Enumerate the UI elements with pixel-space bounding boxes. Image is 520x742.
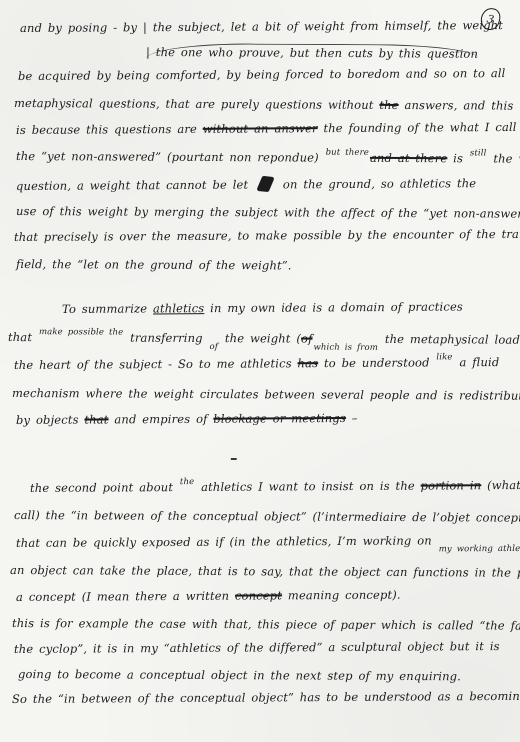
- handwriting-text: the second point about: [30, 480, 179, 495]
- crossed-out-text: the: [379, 98, 398, 112]
- crossed-out-text: has: [297, 356, 318, 370]
- line-01-insertion: | the one who prouve, but then cuts by t…: [146, 43, 478, 60]
- handwriting-text: –: [346, 411, 358, 425]
- handwriting-text: to be understood: [318, 355, 435, 370]
- line-16: call) the “in between of the conceptual …: [14, 509, 520, 524]
- crossed-out-text: that: [84, 412, 108, 426]
- handwriting-text: going to become a conceptual object in t…: [18, 667, 461, 683]
- inserted-text-below: which is from: [313, 344, 378, 354]
- handwriting-text: and empires of: [109, 412, 214, 427]
- handwriting-text: by objects: [16, 413, 85, 427]
- handwriting-text: answers, and this: [399, 98, 514, 113]
- handwriting-text: is because this questions are: [16, 122, 203, 137]
- handwriting-text: the cyclop”, it is in my “athletics of t…: [14, 639, 500, 656]
- handwriting-text: the heart of the subject - So to me athl…: [14, 356, 298, 372]
- crossed-out-text: and at there: [370, 151, 447, 165]
- crossed-out-text: portion in: [421, 478, 482, 492]
- inserted-text-below: of: [209, 343, 218, 352]
- line-23: So the “in between of the conceptual obj…: [12, 690, 520, 706]
- line-18: an object can take the place, that is to…: [10, 564, 520, 580]
- handwriting-text: To summarize: [62, 301, 153, 316]
- inserted-text-above: the: [180, 478, 194, 487]
- handwriting-text: that: [8, 330, 38, 344]
- crossed-out-text: without an answer: [203, 121, 318, 136]
- crossed-out-text: blockage or meetings: [213, 411, 346, 426]
- handwriting-text: is: [447, 151, 469, 165]
- line-17: that can be quickly exposed as if (in th…: [16, 533, 520, 550]
- crossed-out-text: concept: [235, 588, 282, 602]
- line-21: the cyclop”, it is in my “athletics of t…: [14, 640, 500, 656]
- handwriting-text: in my own idea is a domain of practices: [204, 300, 463, 316]
- handwriting-text: the metaphysical load of questioning) on…: [379, 332, 520, 348]
- line-04: is because this questions are without an…: [16, 121, 517, 137]
- line-14: by objects that and empires of blockage …: [16, 412, 358, 427]
- ink-blot: [256, 176, 275, 192]
- manuscript-page: 3 and by posing - by | the subject, let …: [0, 0, 520, 742]
- handwriting-text: –: [230, 449, 238, 467]
- handwriting-text: transferring: [124, 331, 208, 345]
- line-08: that precisely is over the measure, to m…: [14, 227, 520, 243]
- handwriting-text: the weight of the: [487, 151, 520, 166]
- handwriting-text: athletics I want to insist on is the: [195, 479, 420, 494]
- handwriting-text: an object can take the place, that is to…: [10, 563, 520, 580]
- line-10: To summarize athletics in my own idea is…: [62, 301, 463, 316]
- handwriting-text: that can be quickly exposed as if (in th…: [16, 533, 438, 550]
- handwriting-text: and by posing - by | the subject, let a …: [20, 18, 503, 35]
- line-03: metaphysical questions, that are purely …: [14, 97, 514, 112]
- handwriting-text: a fluid: [454, 355, 500, 369]
- line-07: use of this weight by merging the subjec…: [16, 205, 520, 220]
- line-13: mechanism where the weight circulates be…: [12, 387, 520, 402]
- inserted-text-above: like: [436, 353, 452, 362]
- handwriting-text: this is for example the case with that, …: [12, 616, 520, 633]
- handwriting-text: call) the “in between of the conceptual …: [14, 508, 520, 525]
- inserted-text-above: still: [470, 149, 487, 158]
- handwriting-text: question, a weight that cannot be let: [16, 178, 254, 193]
- handwriting-text: that precisely is over the measure, to m…: [14, 226, 520, 244]
- handwriting-text: | the one who prouve, but then cuts by t…: [146, 45, 478, 61]
- handwriting-text: use of this weight by merging the subjec…: [16, 204, 520, 221]
- handwriting-text: metaphysical questions, that are purely …: [14, 96, 379, 112]
- handwriting-text: meaning concept).: [282, 588, 401, 603]
- underlined-text: athletics: [153, 301, 204, 315]
- line-22: going to become a conceptual object in t…: [18, 668, 461, 683]
- crossed-out-text: of: [301, 332, 313, 346]
- inserted-text-below: my working athletics: [439, 545, 520, 555]
- inserted-text-above: make possible the: [39, 328, 123, 338]
- inserted-text-above: but there: [326, 149, 369, 159]
- line-12: the heart of the subject - So to me athl…: [14, 356, 499, 372]
- handwriting-text: field, the “let on the ground of the wei…: [16, 257, 292, 272]
- line-01: and by posing - by | the subject, let a …: [20, 19, 503, 35]
- handwriting-text: So the “in between of the conceptual obj…: [12, 689, 520, 706]
- line-02: be acquired by being comforted, by being…: [18, 67, 506, 83]
- handwriting-text: be acquired by being comforted, by being…: [18, 66, 506, 83]
- handwriting-text: the weight (: [219, 331, 301, 345]
- handwriting-text: the founding of the what I call: [318, 120, 517, 135]
- handwriting-text: mechanism where the weight circulates be…: [12, 386, 520, 403]
- line-09: field, the “let on the ground of the wei…: [16, 258, 292, 272]
- handwriting-text: a concept (I mean there a written: [16, 589, 235, 604]
- separator-dash: –: [230, 450, 238, 467]
- handwriting-text: the “yet non-answered” (pourtant non rep…: [16, 149, 325, 165]
- line-05: the “yet non-answered” (pourtant non rep…: [16, 150, 520, 166]
- handwriting-text: (what I: [481, 478, 520, 492]
- handwriting-text: on the ground, so athletics the: [277, 176, 476, 191]
- line-06: question, a weight that cannot be let on…: [16, 175, 476, 192]
- line-11: that make possible the transferring of t…: [8, 331, 520, 349]
- line-20: this is for example the case with that, …: [12, 617, 520, 633]
- line-15: the second point about the athletics I w…: [30, 479, 520, 495]
- line-19: a concept (I mean there a written concep…: [16, 589, 401, 604]
